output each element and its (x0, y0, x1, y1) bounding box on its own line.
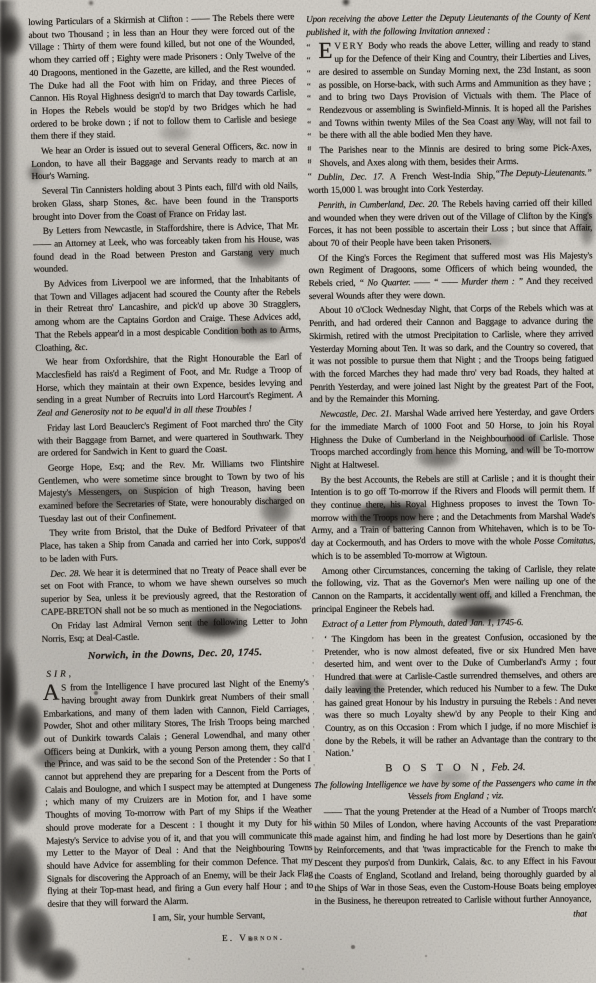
paragraph-newcastle-attorney: By Letters from Newcastle, in Staffordsh… (33, 219, 300, 276)
paragraph-boston-intelligence-intro: The following Intelligence we have by so… (313, 776, 596, 804)
right-column: Upon receiving the above Letter the Depu… (306, 10, 596, 931)
margin-blot (0, 628, 22, 758)
paragraph-text: which is to be assembled To-morrow at Wi… (311, 549, 487, 561)
catchword: that (315, 907, 596, 922)
paragraph-penrith-retreat: About 10 o'Clock Wednesday Night, that C… (309, 302, 594, 406)
paragraph-order-general-officers: We hear an Order is issued out to severa… (31, 139, 298, 183)
dateline-norwich-downs: Norwich, in the Downs, Dec. 20, 1745. (42, 646, 308, 665)
quoted-parishes: “ “ “ The Parishes near to the Minnis ar… (307, 141, 591, 169)
paragraph-text: S from the Intelligence I have procured … (43, 677, 313, 909)
dateline-lead: Dublin, Dec. 17. (318, 172, 384, 183)
corner-stain (0, 750, 44, 840)
letter-closing: I am, Sir, your humble Servant, (48, 908, 314, 927)
paragraph-kent-invitation-intro: Upon receiving the above Letter the Depu… (306, 10, 590, 38)
paragraph-beauclerc-regiment: Friday last Lord Beauclerc's Regiment of… (37, 416, 304, 460)
heading-boston-caps: B O S T O N, (385, 762, 488, 774)
quoted-invitation: “ “ “ “ “ “ “ “ “ “ EVERY Body who reads… (306, 38, 591, 142)
dateline-lead: Dec. 28. (50, 568, 80, 579)
scan-edge-shadow (0, 0, 18, 983)
attribution-deputy-lieutenants: “The Deputy-Lieutenants.” (495, 167, 592, 181)
heading-extract-plymouth: Extract of a Letter from Plymouth, dated… (312, 616, 596, 631)
paragraph-newcastle-wade: Newcastle, Dec. 21. Marshal Wade arrived… (310, 405, 595, 471)
paragraph-skirmish-clifton: lowing Particulars of a Skirmish at Clif… (28, 10, 297, 143)
paragraph-bristol-privateer: They write from Bristol, that the Duke o… (39, 521, 306, 565)
paragraph-penrith-rebels: Penrith, in Cumberland, Dec. 20. The Reb… (308, 196, 592, 250)
newspaper-page: lowing Particulars of a Skirmish at Clif… (0, 0, 596, 983)
heading-boston-date: Feb. 24. (491, 762, 525, 773)
paragraph-tin-cannisters: Several Tin Cannisters holding about 3 P… (32, 179, 299, 223)
paragraph-text: We hear it is determined that no Treaty … (40, 563, 306, 617)
paragraph-best-accounts-carlisle: By the best Accounts, the Rebels are sti… (310, 471, 595, 563)
quote-gutter: ' ' ' ' ' ' ' ' ' ' ' (312, 634, 315, 774)
letter-signature-vernon: E. Vernon. (48, 930, 314, 949)
paragraph-text: ‘ The Kingdom has been in the greatest C… (324, 631, 596, 758)
heading-boston: B O S T O N, Feb. 24. (313, 761, 596, 776)
paragraph-kings-forces-dragoons: Of the King's Forces the Regiment that s… (308, 249, 592, 303)
paragraph-oxfordshire-regiment: We hear from Oxfordshire, that the Right… (35, 350, 302, 419)
paragraph-text: The Parishes near to the Minnis are desi… (319, 142, 591, 167)
italic-posse-comitatus: Posse Comitatus, (534, 535, 595, 546)
italic-no-quarter: “ No Quarter. —— “ —— Murder them : ” (359, 276, 523, 288)
paragraph-george-hope: George Hope, Esq; and the Rev. Mr. Willi… (38, 456, 305, 525)
dropcap-a: A (43, 683, 60, 703)
corner-stain (0, 820, 48, 930)
ink-stain (0, 6, 28, 66)
paragraph-taking-of-carlisle: Among other Circumstances, concerning th… (311, 562, 595, 616)
quoted-plymouth-letter: ' ' ' ' ' ' ' ' ' ' ' ‘ The Kingdom has … (312, 630, 596, 760)
left-column: lowing Particulars of a Skirmish at Clif… (28, 10, 314, 957)
paragraph-text: We hear from Oxfordshire, that the Right… (36, 351, 302, 405)
paragraph-liverpool-advices: By Advices from Liverpool we are informe… (34, 272, 302, 354)
paragraph-treaty-of-peace: Dec. 28. We hear it is determined that n… (40, 562, 307, 619)
paragraph-vernon-letter-intro: On Friday last Admiral Vernon sent the f… (41, 614, 307, 645)
dropcap-e: E (318, 41, 332, 61)
caps-lead-every: VERY (334, 41, 365, 51)
dateline-lead: Penrith, in Cumberland, Dec. 20. (318, 199, 439, 210)
quote-gutter: “ “ “ (307, 145, 311, 183)
dust-specks (0, 0, 2, 2)
paragraph-vernon-letter-body: AS from the Intelligence I have procured… (43, 676, 314, 910)
paragraph-young-pretender: —— That the young Pretender at the Head … (314, 803, 596, 907)
dateline-lead: Newcastle, Dec. 21. (320, 408, 392, 419)
paragraph-text: Body who reads the above Letter, willing… (319, 39, 592, 141)
